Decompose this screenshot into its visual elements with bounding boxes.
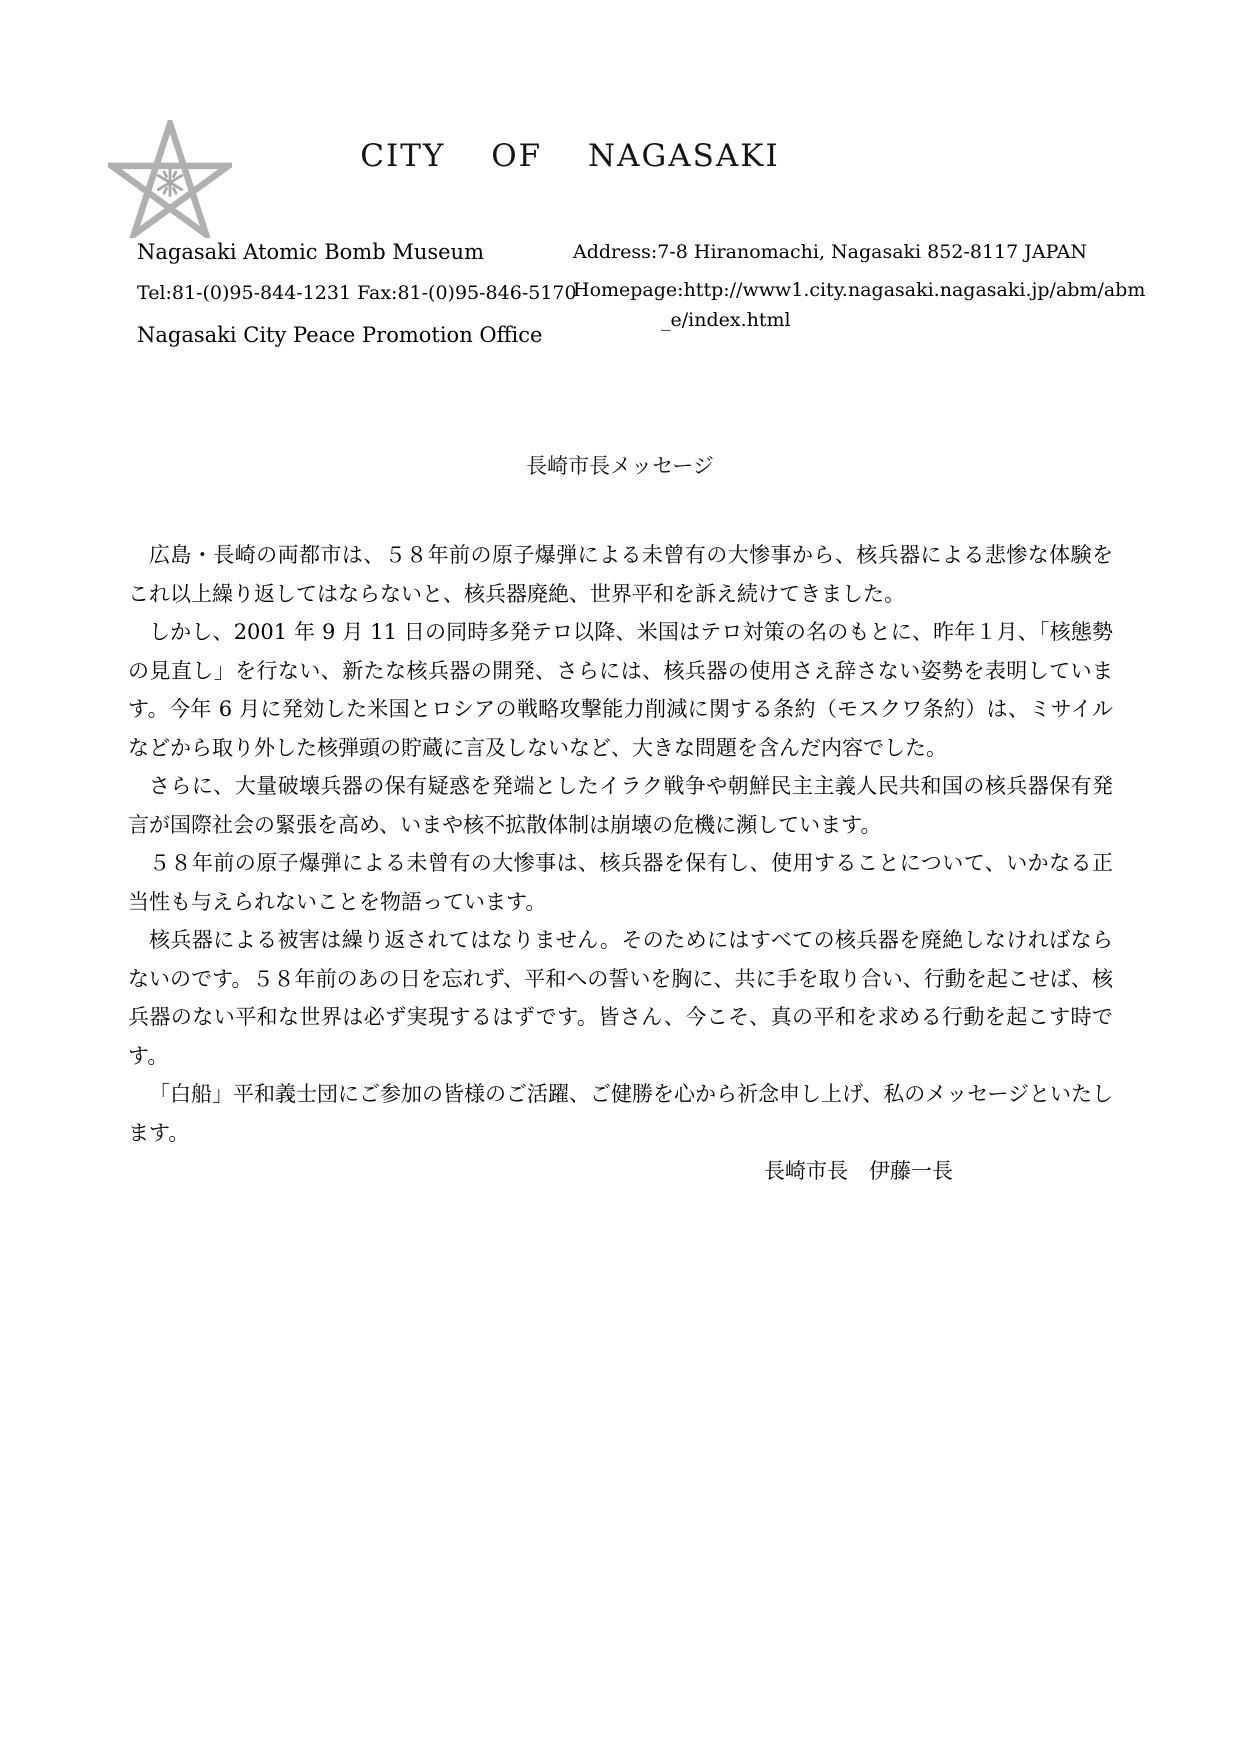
- homepage-line-continuation: _e/index.html: [573, 308, 1093, 332]
- message-title: 長崎市長メッセージ: [0, 450, 1240, 480]
- paragraph: 核兵器による被害は繰り返されてはなりません。そのためにはすべての核兵器を廃絶しな…: [128, 921, 1113, 1075]
- contact-block: Nagasaki Atomic Bomb Museum Tel:81-(0)95…: [137, 240, 1137, 362]
- tel-fax-line: Tel:81-(0)95-844-1231 Fax:81-(0)95-846-5…: [137, 281, 573, 305]
- museum-name: Nagasaki Atomic Bomb Museum: [137, 240, 573, 264]
- contact-left-column: Nagasaki Atomic Bomb Museum Tel:81-(0)95…: [137, 240, 573, 362]
- contact-right-column: Address:7-8 Hiranomachi, Nagasaki 852-81…: [573, 240, 1093, 362]
- paragraph: 「白船」平和義士団にご参加の皆様のご活躍、ご健勝を心から祈念申し上げ、私のメッセ…: [128, 1075, 1113, 1152]
- paragraph: さらに、大量破壊兵器の保有疑惑を発端としたイラク戦争や朝鮮民主主義人民共和国の核…: [128, 767, 1113, 844]
- address-line: Address:7-8 Hiranomachi, Nagasaki 852-81…: [573, 240, 1093, 264]
- letter-page: CITY OF NAGASAKI Nagasaki Atomic Bomb Mu…: [0, 0, 1240, 1753]
- signature-line: 長崎市長 伊藤一長: [128, 1152, 1113, 1191]
- paragraph: しかし、2001 年 9 月 11 日の同時多発テロ以降、米国はテロ対策の名のも…: [128, 613, 1113, 767]
- homepage-line: Homepage:http://www1.city.nagasaki.nagas…: [573, 278, 1093, 302]
- paragraph: 広島・長崎の両都市は、５８年前の原子爆弾による未曾有の大惨事から、核兵器による悲…: [128, 536, 1113, 613]
- message-body: 広島・長崎の両都市は、５８年前の原子爆弾による未曾有の大惨事から、核兵器による悲…: [128, 536, 1113, 1191]
- page-title: CITY OF NAGASAKI: [0, 138, 1140, 174]
- paragraph: ５８年前の原子爆弾による未曾有の大惨事は、核兵器を保有し、使用することについて、…: [128, 844, 1113, 921]
- office-name: Nagasaki City Peace Promotion Office: [137, 323, 573, 347]
